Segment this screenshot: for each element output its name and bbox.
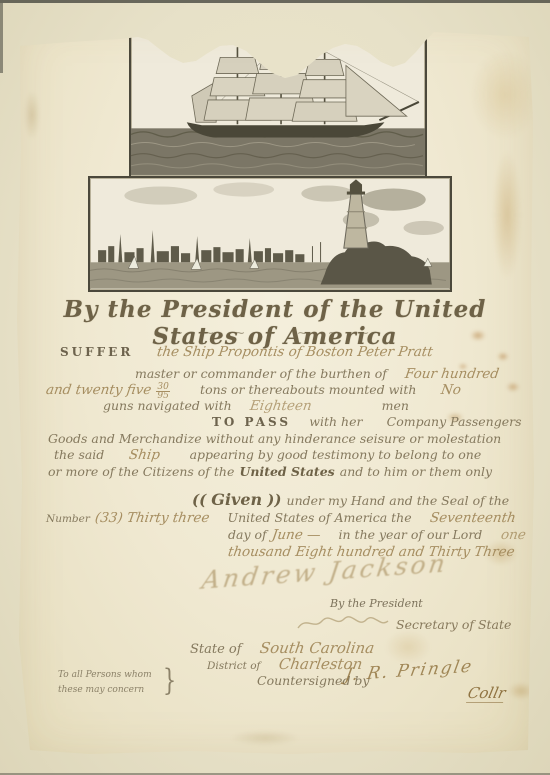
- ships-passport-document: By the President of the United States of…: [0, 0, 550, 775]
- guns-hand: No: [440, 382, 462, 398]
- topass-printed: with her: [309, 414, 362, 429]
- company-printed: Company Passengers: [387, 414, 522, 429]
- number-label: Number: [46, 513, 90, 525]
- year-printed: in the year of our Lord: [339, 527, 483, 542]
- form-line-suffer: SUFFER the Ship Propontis of Boston Pete…: [60, 341, 433, 360]
- said-printed: the said: [54, 447, 104, 462]
- citizens-printed-2: and to him or them only: [340, 464, 492, 479]
- secretary-signature-scrawl: [296, 614, 390, 634]
- stain: [80, 26, 98, 39]
- suffer-label: SUFFER: [60, 345, 133, 359]
- stain: [24, 90, 40, 140]
- photograph-of-document: By the President of the United States of…: [0, 0, 550, 775]
- topass-label: TO PASS: [212, 415, 291, 429]
- us-printed: United States of America the: [228, 510, 412, 525]
- harbor-lighthouse-art: [90, 178, 450, 290]
- footnote-brace: }: [163, 663, 176, 698]
- stain: [492, 150, 522, 280]
- vessel-name-hand: the Ship Propontis of Boston Peter Pratt: [156, 344, 434, 360]
- stain: [230, 730, 300, 746]
- dayof-printed: day of: [228, 527, 267, 542]
- district-label: District of: [207, 660, 260, 672]
- stain: [508, 682, 534, 700]
- by-president-label: By the President: [330, 597, 423, 610]
- stain: [497, 352, 509, 361]
- photo-edge: [0, 0, 550, 3]
- footnote-line1: To all Persons whom: [58, 670, 152, 680]
- footnote-line2: these may concern: [58, 685, 144, 695]
- secretary-of-state-label: Secretary of State: [396, 617, 511, 632]
- ship-engraving: [129, 30, 427, 178]
- form-line-citizens: or more of the Citizens of the United St…: [48, 461, 492, 480]
- sailing-ship-art: [131, 32, 425, 176]
- footnote: To all Persons whom these may concern: [58, 668, 152, 698]
- number-hand: (33) Thirty three: [94, 510, 211, 526]
- countersigner-signature: J. R. Pringle: [343, 656, 475, 685]
- collector-signature: Collr: [466, 684, 507, 703]
- heading-flourish: ~ ~ ~ ~ ~ ~ ~: [55, 326, 495, 341]
- stain: [470, 50, 540, 140]
- citizens-gothic: United States: [239, 464, 334, 479]
- harbor-engraving: [88, 176, 452, 292]
- stain: [506, 382, 520, 392]
- photo-edge: [0, 3, 3, 73]
- given-printed: under my Hand and the Seal of the: [287, 493, 510, 508]
- appearing-printed: appearing by good testimony to belong to…: [190, 447, 482, 462]
- citizens-printed-1: or more of the Citizens of the: [48, 464, 234, 479]
